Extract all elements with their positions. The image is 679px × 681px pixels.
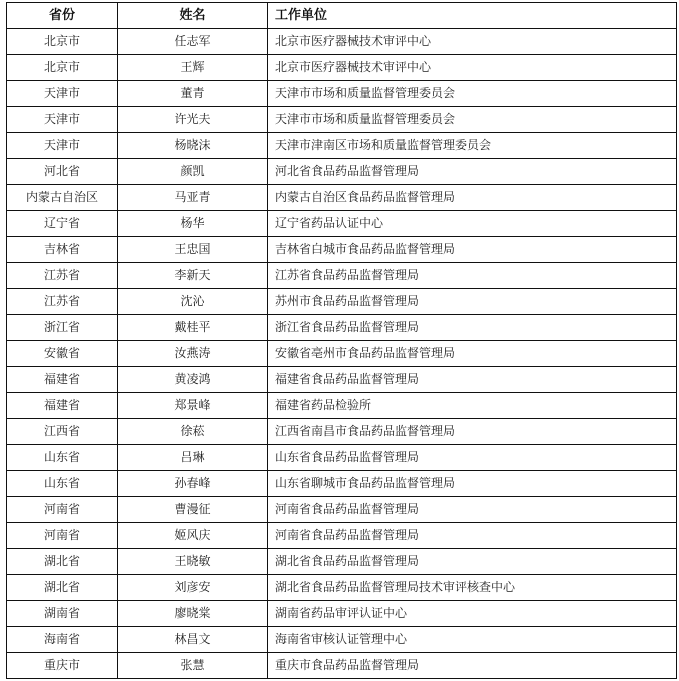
- header-name: 姓名: [118, 3, 268, 29]
- table-row: 浙江省戴桂平浙江省食品药品监督管理局: [7, 315, 677, 341]
- cell-name: 颜凯: [118, 159, 268, 185]
- cell-work-unit: 海南省审核认证管理中心: [268, 627, 677, 653]
- cell-province: 河北省: [7, 159, 118, 185]
- cell-province: 山东省: [7, 445, 118, 471]
- table-row: 山东省吕琳山东省食品药品监督管理局: [7, 445, 677, 471]
- cell-name: 沈沁: [118, 289, 268, 315]
- table-row: 天津市杨晓沫天津市津南区市场和质量监督管理委员会: [7, 133, 677, 159]
- table-row: 福建省黄凌鸿福建省食品药品监督管理局: [7, 367, 677, 393]
- cell-name: 郑景峰: [118, 393, 268, 419]
- cell-province: 北京市: [7, 55, 118, 81]
- cell-name: 王忠国: [118, 237, 268, 263]
- cell-name: 曹漫征: [118, 497, 268, 523]
- cell-work-unit: 内蒙古自治区食品药品监督管理局: [268, 185, 677, 211]
- cell-name: 张慧: [118, 653, 268, 679]
- cell-name: 李新天: [118, 263, 268, 289]
- cell-province: 浙江省: [7, 315, 118, 341]
- table-header-row: 省份 姓名 工作单位: [7, 3, 677, 29]
- table-row: 北京市任志军北京市医疗器械技术审评中心: [7, 29, 677, 55]
- table-row: 福建省郑景峰福建省药品检验所: [7, 393, 677, 419]
- cell-work-unit: 苏州市食品药品监督管理局: [268, 289, 677, 315]
- table-row: 河南省曹漫征河南省食品药品监督管理局: [7, 497, 677, 523]
- cell-work-unit: 湖北省食品药品监督管理局技术审评核查中心: [268, 575, 677, 601]
- cell-name: 林昌文: [118, 627, 268, 653]
- cell-work-unit: 安徽省亳州市食品药品监督管理局: [268, 341, 677, 367]
- cell-name: 任志军: [118, 29, 268, 55]
- cell-province: 内蒙古自治区: [7, 185, 118, 211]
- table-row: 江苏省沈沁苏州市食品药品监督管理局: [7, 289, 677, 315]
- cell-province: 江苏省: [7, 289, 118, 315]
- table-row: 江苏省李新天江苏省食品药品监督管理局: [7, 263, 677, 289]
- cell-province: 天津市: [7, 81, 118, 107]
- cell-work-unit: 江西省南昌市食品药品监督管理局: [268, 419, 677, 445]
- table-row: 湖北省刘彦安湖北省食品药品监督管理局技术审评核查中心: [7, 575, 677, 601]
- cell-name: 王晓敏: [118, 549, 268, 575]
- cell-name: 许光夫: [118, 107, 268, 133]
- table-row: 天津市许光夫天津市市场和质量监督管理委员会: [7, 107, 677, 133]
- table-row: 内蒙古自治区马亚青内蒙古自治区食品药品监督管理局: [7, 185, 677, 211]
- header-province: 省份: [7, 3, 118, 29]
- cell-name: 刘彦安: [118, 575, 268, 601]
- cell-work-unit: 北京市医疗器械技术审评中心: [268, 29, 677, 55]
- cell-province: 河南省: [7, 497, 118, 523]
- cell-province: 天津市: [7, 107, 118, 133]
- cell-province: 海南省: [7, 627, 118, 653]
- cell-province: 福建省: [7, 367, 118, 393]
- cell-work-unit: 山东省食品药品监督管理局: [268, 445, 677, 471]
- cell-name: 姬风庆: [118, 523, 268, 549]
- cell-work-unit: 浙江省食品药品监督管理局: [268, 315, 677, 341]
- table-row: 天津市董青天津市市场和质量监督管理委员会: [7, 81, 677, 107]
- cell-province: 湖北省: [7, 549, 118, 575]
- table-row: 山东省孙春峰山东省聊城市食品药品监督管理局: [7, 471, 677, 497]
- cell-work-unit: 湖北省食品药品监督管理局: [268, 549, 677, 575]
- cell-name: 徐菘: [118, 419, 268, 445]
- cell-work-unit: 天津市市场和质量监督管理委员会: [268, 107, 677, 133]
- table-row: 吉林省王忠国吉林省白城市食品药品监督管理局: [7, 237, 677, 263]
- cell-province: 福建省: [7, 393, 118, 419]
- table-row: 江西省徐菘江西省南昌市食品药品监督管理局: [7, 419, 677, 445]
- cell-work-unit: 吉林省白城市食品药品监督管理局: [268, 237, 677, 263]
- cell-work-unit: 重庆市食品药品监督管理局: [268, 653, 677, 679]
- table-body: 北京市任志军北京市医疗器械技术审评中心北京市王辉北京市医疗器械技术审评中心天津市…: [7, 29, 677, 679]
- table-row: 海南省林昌文海南省审核认证管理中心: [7, 627, 677, 653]
- cell-province: 北京市: [7, 29, 118, 55]
- cell-work-unit: 辽宁省药品认证中心: [268, 211, 677, 237]
- cell-name: 黄凌鸿: [118, 367, 268, 393]
- table-row: 安徽省汝燕涛安徽省亳州市食品药品监督管理局: [7, 341, 677, 367]
- cell-name: 杨华: [118, 211, 268, 237]
- cell-work-unit: 河南省食品药品监督管理局: [268, 523, 677, 549]
- cell-work-unit: 江苏省食品药品监督管理局: [268, 263, 677, 289]
- table-row: 北京市王辉北京市医疗器械技术审评中心: [7, 55, 677, 81]
- cell-name: 王辉: [118, 55, 268, 81]
- cell-name: 汝燕涛: [118, 341, 268, 367]
- table-row: 河南省姬风庆河南省食品药品监督管理局: [7, 523, 677, 549]
- table-row: 辽宁省杨华辽宁省药品认证中心: [7, 211, 677, 237]
- cell-province: 吉林省: [7, 237, 118, 263]
- cell-work-unit: 天津市津南区市场和质量监督管理委员会: [268, 133, 677, 159]
- cell-province: 安徽省: [7, 341, 118, 367]
- personnel-table: 省份 姓名 工作单位 北京市任志军北京市医疗器械技术审评中心北京市王辉北京市医疗…: [6, 2, 677, 679]
- table-row: 湖北省王晓敏湖北省食品药品监督管理局: [7, 549, 677, 575]
- cell-work-unit: 河南省食品药品监督管理局: [268, 497, 677, 523]
- cell-name: 董青: [118, 81, 268, 107]
- cell-province: 山东省: [7, 471, 118, 497]
- cell-name: 吕琳: [118, 445, 268, 471]
- cell-province: 天津市: [7, 133, 118, 159]
- cell-province: 湖北省: [7, 575, 118, 601]
- cell-work-unit: 北京市医疗器械技术审评中心: [268, 55, 677, 81]
- cell-work-unit: 天津市市场和质量监督管理委员会: [268, 81, 677, 107]
- cell-work-unit: 福建省药品检验所: [268, 393, 677, 419]
- cell-name: 杨晓沫: [118, 133, 268, 159]
- header-unit: 工作单位: [268, 3, 677, 29]
- cell-work-unit: 山东省聊城市食品药品监督管理局: [268, 471, 677, 497]
- cell-province: 江西省: [7, 419, 118, 445]
- table-row: 重庆市张慧重庆市食品药品监督管理局: [7, 653, 677, 679]
- cell-name: 孙春峰: [118, 471, 268, 497]
- table-row: 湖南省廖晓棠湖南省药品审评认证中心: [7, 601, 677, 627]
- cell-province: 江苏省: [7, 263, 118, 289]
- cell-province: 重庆市: [7, 653, 118, 679]
- cell-province: 辽宁省: [7, 211, 118, 237]
- cell-name: 戴桂平: [118, 315, 268, 341]
- cell-name: 廖晓棠: [118, 601, 268, 627]
- cell-province: 湖南省: [7, 601, 118, 627]
- cell-work-unit: 福建省食品药品监督管理局: [268, 367, 677, 393]
- table-row: 河北省颜凯河北省食品药品监督管理局: [7, 159, 677, 185]
- cell-name: 马亚青: [118, 185, 268, 211]
- cell-work-unit: 湖南省药品审评认证中心: [268, 601, 677, 627]
- cell-work-unit: 河北省食品药品监督管理局: [268, 159, 677, 185]
- cell-province: 河南省: [7, 523, 118, 549]
